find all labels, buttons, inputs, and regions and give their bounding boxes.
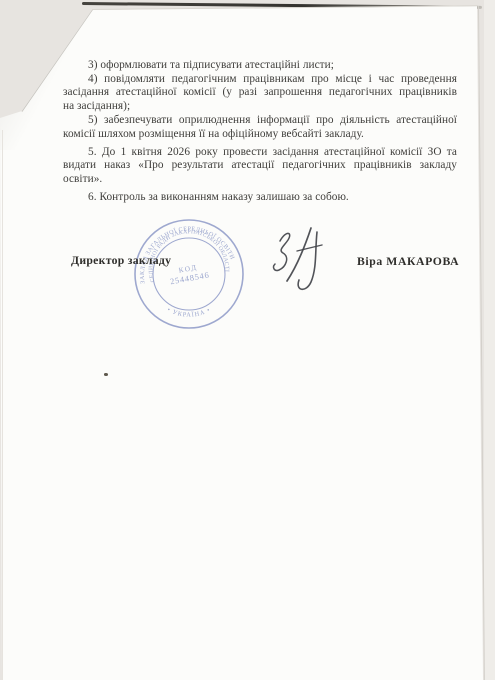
paragraph: 4) повідомляти педагогічним працівникам … (63, 73, 457, 114)
ink-speck (104, 373, 108, 376)
signer-name: Віра МАКАРОВА (357, 255, 459, 268)
paragraph: 3) оформлювати та підписувати атестаційн… (63, 59, 457, 73)
order-item-4-line: на засідання); (63, 100, 457, 114)
paper-left-edge (2, 130, 3, 680)
order-item-5a-line: комісії шляхом розміщення її на офіційно… (63, 128, 457, 142)
stamp-ring-bottom-text: • УКРАЇНА • (166, 306, 212, 318)
order-item-6: 6. Контроль за виконанням наказу залишаю… (63, 191, 457, 205)
order-text-block: 3) оформлювати та підписувати атестаційн… (63, 59, 457, 205)
order-item-4-line: засідання атестаційної комісії (у разі з… (63, 86, 457, 100)
scanned-document-page: 3) оформлювати та підписувати атестаційн… (0, 0, 495, 680)
official-round-stamp: ЗАКЛАД ЗАГАЛЬНОЇ СЕРЕДНЬОЇ ОСВІТИ СЕЛИЩН… (132, 217, 246, 331)
order-item-3: 3) оформлювати та підписувати атестаційн… (63, 59, 457, 73)
order-item-5a-line: 5) забезпечувати оприлюднення інформації… (63, 114, 457, 128)
order-item-5-line: освіти». (63, 173, 457, 187)
paragraph: 5) забезпечувати оприлюднення інформації… (63, 114, 457, 141)
order-item-5-line: 5. До 1 квітня 2026 року провести засіда… (63, 146, 457, 160)
stamp-code-number: 25448546 (169, 271, 210, 287)
paragraph: 5. До 1 квітня 2026 року провести засіда… (63, 146, 457, 187)
order-item-5-line: видати наказ «Про результати атестації п… (63, 159, 457, 173)
document-paper: 3) оформлювати та підписувати атестаційн… (0, 0, 495, 680)
svg-text:• УКРАЇНА •: • УКРАЇНА • (166, 306, 212, 318)
paragraph: 6. Контроль за виконанням наказу залишаю… (63, 191, 457, 205)
director-role-label: Директор закладу (71, 254, 171, 267)
scanner-background (484, 0, 495, 680)
handwritten-signature (256, 221, 346, 309)
order-item-4-line: 4) повідомляти педагогічним працівникам … (63, 73, 457, 87)
